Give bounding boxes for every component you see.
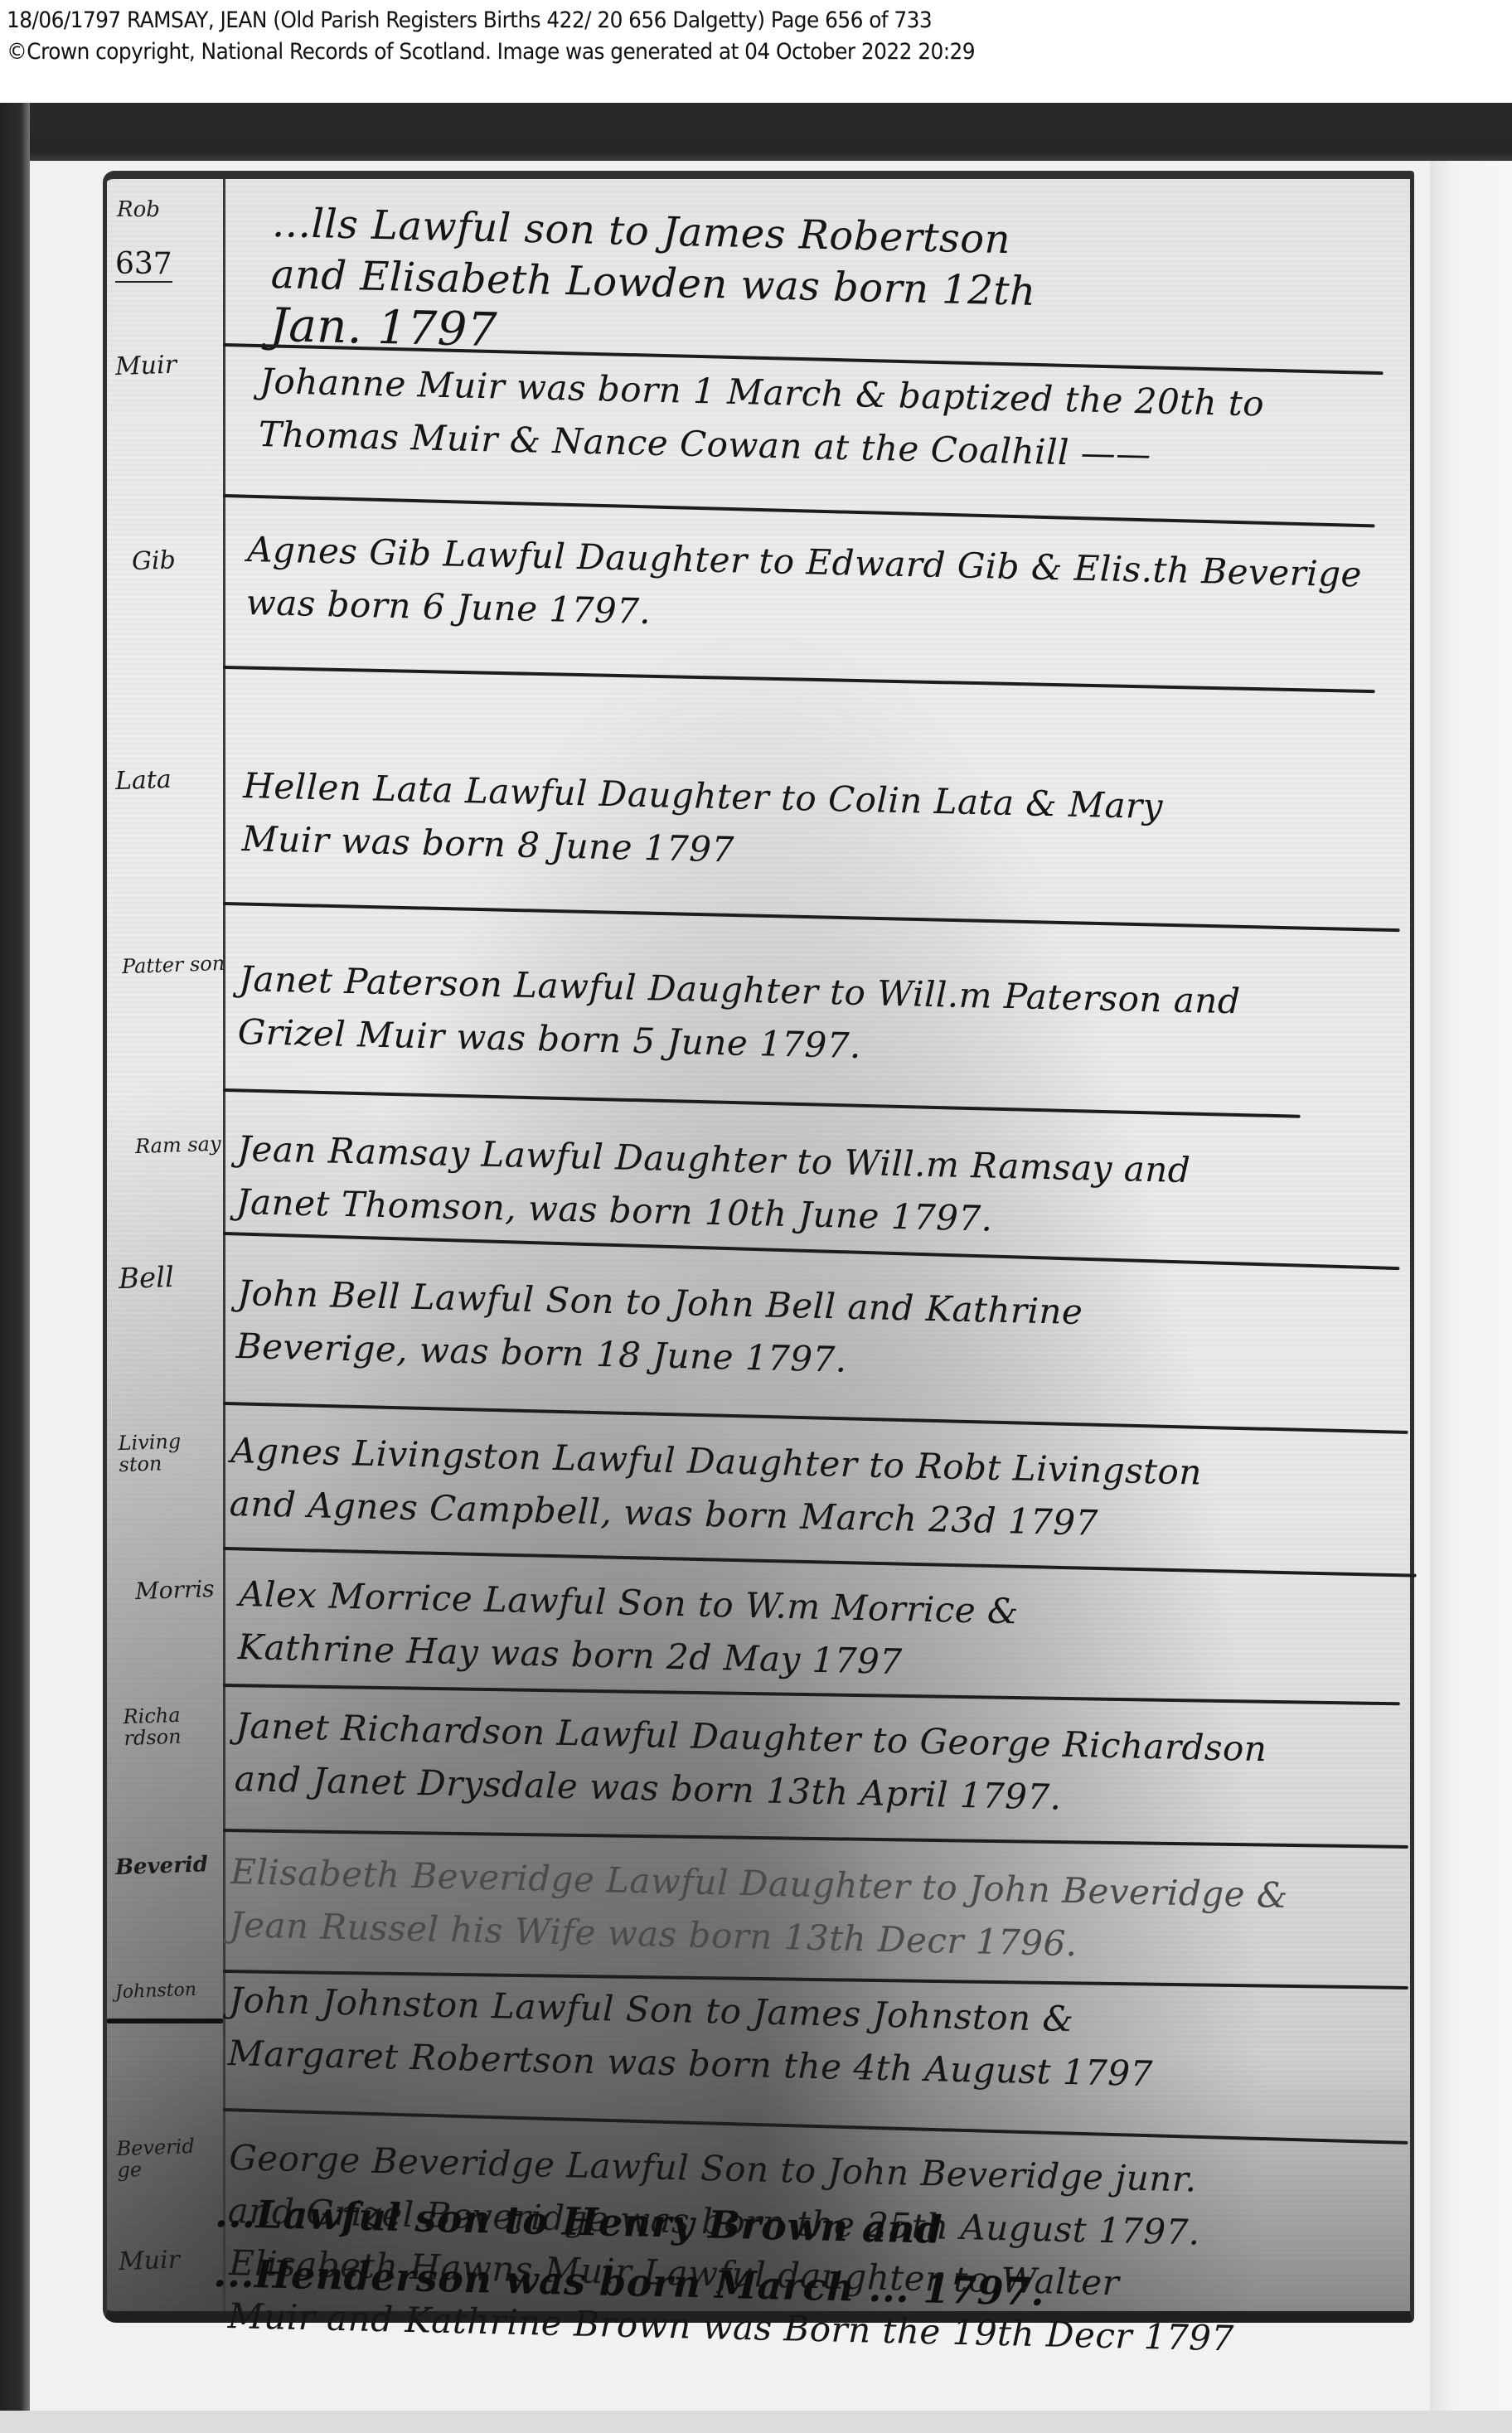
copyright-notice: ©Crown copyright, National Records of Sc… — [7, 36, 1379, 68]
image-caption: 18/06/1797 RAMSAY, JEAN (Old Parish Regi… — [7, 5, 1379, 68]
margin-surname: Beverid — [115, 1852, 220, 1880]
entry-divider — [223, 1088, 1301, 1118]
margin-surname: Patter son — [122, 952, 226, 977]
entry-text: Elisabeth Beveridge Lawful Daughter to J… — [229, 1845, 1408, 1978]
page-edge-right — [1430, 161, 1512, 2411]
entry-divider — [223, 1829, 1408, 1849]
margin-rule — [223, 179, 225, 2311]
margin-surname: Muir — [115, 351, 220, 380]
entry-divider — [223, 666, 1375, 693]
margin-dash-rule — [107, 2019, 223, 2023]
entry-text: Janet Paterson Lawful Daughter to Will.m… — [237, 952, 1417, 1085]
entry-divider — [223, 902, 1400, 932]
margin-surname: Gib — [132, 546, 236, 574]
entry-text: Johanne Muir was born 1 March & baptized… — [258, 355, 1437, 487]
entry-text: Jean Ramsay Lawful Daughter to Will.m Ra… — [235, 1122, 1415, 1255]
folio-reference: Rob — [117, 197, 160, 222]
folio-number: 637 — [115, 247, 172, 283]
entry-text: Alex Morrice Lawful Son to W.m Morrice &… — [237, 1568, 1417, 1700]
margin-surname: Johnston — [115, 1979, 220, 2004]
entry-text: Agnes Gib Lawful Daughter to Edward Gib … — [245, 523, 1425, 656]
register-scan: Rob 637 ...lls Lawful son to James Rober… — [0, 103, 1512, 2411]
margin-surname: Living ston — [118, 1429, 223, 1476]
margin-surname: Muir — [119, 2246, 223, 2275]
margin-surname: Morris — [135, 1576, 240, 1604]
margin-surname: Lata — [115, 766, 220, 794]
entry-text: Hellen Lata Lawful Daughter to Colin Lat… — [241, 759, 1421, 892]
record-title: 18/06/1797 RAMSAY, JEAN (Old Parish Regi… — [7, 5, 1379, 36]
margin-surname: Richa rdson — [123, 1703, 228, 1749]
entry-text: John Bell Lawful Son to John Bell and Ka… — [235, 1267, 1415, 1399]
entry-text: Agnes Livingston Lawful Daughter to Robt… — [229, 1424, 1408, 1557]
margin-surname: Beverid ge — [116, 2135, 221, 2181]
entry-divider — [223, 494, 1375, 527]
margin-surname: Ram say — [135, 1132, 240, 1157]
entry-text: John Johnston Lawful Son to James Johnst… — [227, 1974, 1407, 2106]
margin-surname: Bell — [119, 1263, 223, 1292]
register-page: Rob 637 ...lls Lawful son to James Rober… — [103, 171, 1414, 2323]
scan-frame-top — [0, 103, 1512, 161]
scan-frame-left — [0, 103, 30, 2411]
entry-text: Janet Richardson Lawful Daughter to Geor… — [234, 1699, 1413, 1832]
viewer-bottom-bar — [0, 2411, 1512, 2433]
